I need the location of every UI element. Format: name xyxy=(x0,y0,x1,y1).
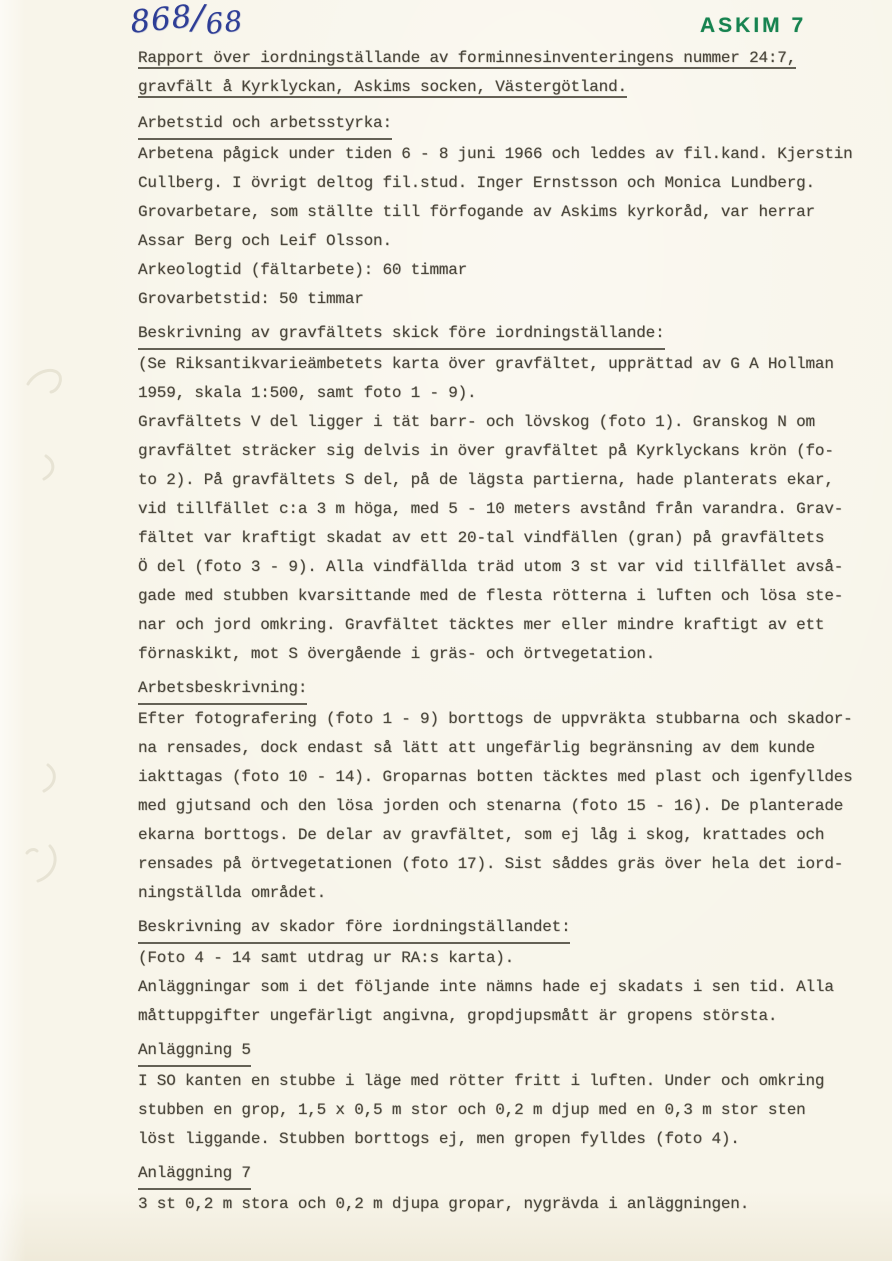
text-line: Anläggningar som i det följande inte näm… xyxy=(138,973,874,1002)
text-line: förnaskikt, mot S övergående i gräs- och… xyxy=(138,640,874,669)
section-heading: Arbetsbeskrivning: xyxy=(138,674,307,705)
text-line: med gjutsand och den lösa jorden och ste… xyxy=(138,792,874,821)
text-line: ningställda området. xyxy=(138,879,874,908)
section-heading: Anläggning 7 xyxy=(138,1159,251,1190)
section-body: (Se Riksantikvarieämbetets karta över gr… xyxy=(138,350,874,669)
site-label-stamp: ASKIM 7 xyxy=(700,14,806,38)
text-line: na rensades, dock endast så lätt att ung… xyxy=(138,734,874,763)
text-line: Efter fotografering (foto 1 - 9) borttog… xyxy=(138,705,874,734)
typewritten-content: Rapport över iordningställande av formin… xyxy=(138,44,874,1219)
ref-denominator: 68 xyxy=(204,4,245,41)
text-line: Grovarbetstid: 50 timmar xyxy=(138,285,874,314)
text-line: Arbetena pågick under tiden 6 - 8 juni 1… xyxy=(138,140,874,169)
text-line: måttuppgifter ungefärligt angivna, gropd… xyxy=(138,1002,874,1031)
text-line: rensades på örtvegetationen (foto 17). S… xyxy=(138,850,874,879)
ref-numerator: 868 xyxy=(129,0,195,41)
section-anlaggning-7: Anläggning 7 3 st 0,2 m stora och 0,2 m … xyxy=(138,1159,874,1219)
section-heading: Anläggning 5 xyxy=(138,1036,251,1067)
section-beskrivning-skador: Beskrivning av skador före iordningställ… xyxy=(138,913,874,1031)
report-title: Rapport över iordningställande av formin… xyxy=(138,44,874,102)
text-line: stubben en grop, 1,5 x 0,5 m stor och 0,… xyxy=(138,1096,874,1125)
section-heading: Beskrivning av skador före iordningställ… xyxy=(138,913,570,944)
text-line: I SO kanten en stubbe i läge med rötter … xyxy=(138,1067,874,1096)
text-line: 3 st 0,2 m stora och 0,2 m djupa gropar,… xyxy=(138,1190,874,1219)
section-beskrivning-skick: Beskrivning av gravfältets skick före io… xyxy=(138,319,874,669)
section-heading: Beskrivning av gravfältets skick före io… xyxy=(138,319,665,350)
title-line-1: Rapport över iordningställande av formin… xyxy=(138,44,874,73)
text-line: löst liggande. Stubben borttogs ej, men … xyxy=(138,1125,874,1154)
text-line: vid tillfället c:a 3 m höga, med 5 - 10 … xyxy=(138,495,874,524)
text-line: Grovarbetare, som ställte till förfogand… xyxy=(138,198,874,227)
section-body: Arbetena pågick under tiden 6 - 8 juni 1… xyxy=(138,140,874,314)
section-body: I SO kanten en stubbe i läge med rötter … xyxy=(138,1067,874,1154)
text-line: ekarna borttogs. De delar av gravfältet,… xyxy=(138,821,874,850)
text-line: Arkeologtid (fältarbete): 60 timmar xyxy=(138,256,874,285)
section-anlaggning-5: Anläggning 5 I SO kanten en stubbe i läg… xyxy=(138,1036,874,1154)
text-line: iakttagas (foto 10 - 14). Groparnas bott… xyxy=(138,763,874,792)
text-line: Assar Berg och Leif Olsson. xyxy=(138,227,874,256)
text-line: Cullberg. I övrigt deltog fil.stud. Inge… xyxy=(138,169,874,198)
text-line: gravfältet sträcker sig delvis in över g… xyxy=(138,437,874,466)
handwritten-reference-number: 868/68 xyxy=(128,0,244,42)
ref-slash: / xyxy=(192,0,206,38)
section-heading: Arbetstid och arbetsstyrka: xyxy=(138,109,392,140)
title-line-2: gravfält å Kyrklyckan, Askims socken, Vä… xyxy=(138,73,874,102)
text-line: to 2). På gravfältets S del, på de lägst… xyxy=(138,466,874,495)
section-arbetstid: Arbetstid och arbetsstyrka: Arbetena påg… xyxy=(138,109,874,314)
document-page: 868/68 ASKIM 7 Rapport över iordningstäl… xyxy=(0,0,892,1261)
section-arbetsbeskrivning: Arbetsbeskrivning: Efter fotografering (… xyxy=(138,674,874,908)
text-line: Gravfältets V del ligger i tät barr- och… xyxy=(138,408,874,437)
section-body: 3 st 0,2 m stora och 0,2 m djupa gropar,… xyxy=(138,1190,874,1219)
text-line: gade med stubben kvarsittande med de fle… xyxy=(138,582,874,611)
text-line: (Se Riksantikvarieämbetets karta över gr… xyxy=(138,350,874,379)
text-line: Ö del (foto 3 - 9). Alla vindfällda träd… xyxy=(138,553,874,582)
text-line: 1959, skala 1:500, samt foto 1 - 9). xyxy=(138,379,874,408)
text-line: (Foto 4 - 14 samt utdrag ur RA:s karta). xyxy=(138,944,874,973)
text-line: nar och jord omkring. Gravfältet täcktes… xyxy=(138,611,874,640)
section-body: (Foto 4 - 14 samt utdrag ur RA:s karta).… xyxy=(138,944,874,1031)
text-line: fältet var kraftigt skadat av ett 20-tal… xyxy=(138,524,874,553)
section-body: Efter fotografering (foto 1 - 9) borttog… xyxy=(138,705,874,908)
